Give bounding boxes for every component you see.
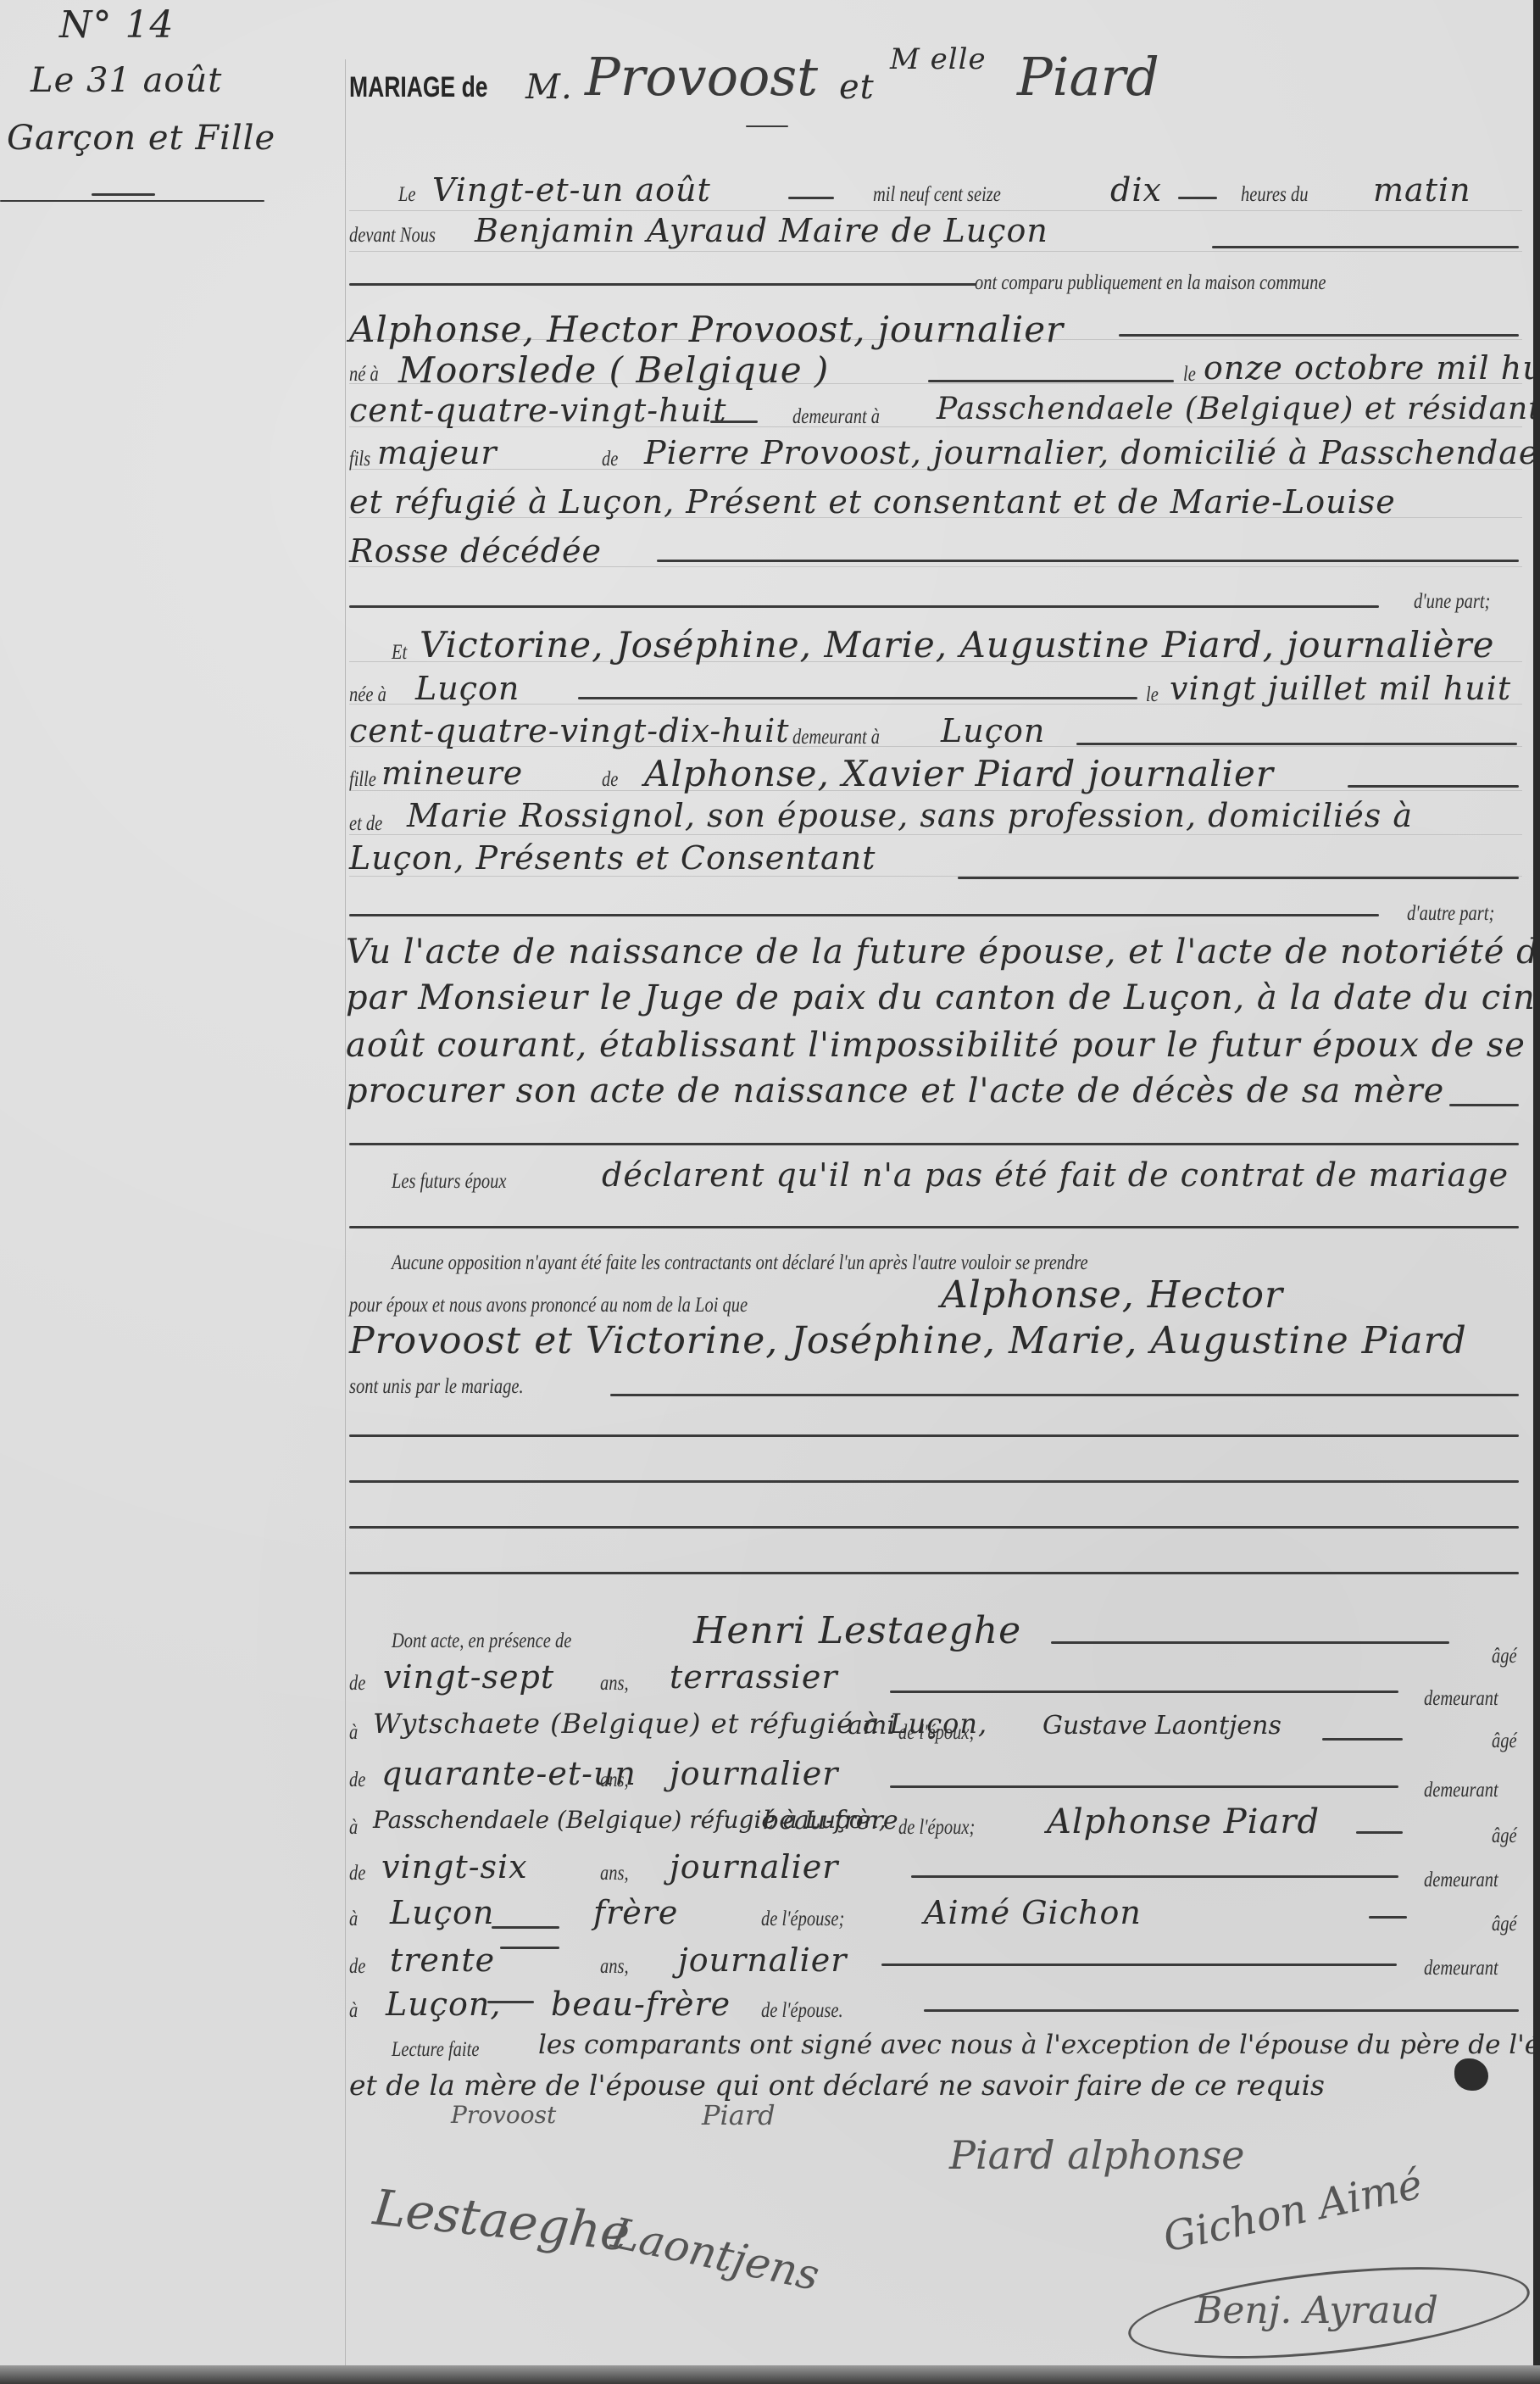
demeurant-label-2: demeurant à [792,726,880,749]
ans-label-w4: ans, [600,1955,629,1979]
witness-3-name: Alphonse Piard [1047,1802,1320,1841]
witness-1-age: vingt-sept [383,1658,554,1696]
age-label-3: âgé [1492,1824,1517,1848]
witness-1-residence: Wytschaete (Belgique) et réfugié à Luçon… [373,1707,987,1740]
demeurant-label-w2: demeurant [1424,1779,1498,1802]
fill-line [911,1875,1398,1878]
fils-label: fils [349,448,370,471]
fill-line [1076,743,1517,745]
a-label-w3: à [349,1908,358,1931]
officer-name: Benjamin Ayraud Maire de Luçon [475,212,1048,249]
fill-line [349,1226,1519,1228]
witness-4-occupation: journalier [678,1941,847,1979]
fill-line [1348,785,1519,788]
fille-label: fille [349,768,376,792]
devant-nous-label: devant Nous [349,224,436,248]
fill-line [1178,197,1217,199]
bride-mother-2: Luçon, Présents et Consentant [349,839,876,877]
documents-line-1: Vu l'acte de naissance de la future épou… [346,933,1540,972]
fill-line [788,197,834,199]
nee-a-label: née à [349,683,386,707]
documents-line-3: août courant, établissant l'impossibilit… [346,1026,1526,1065]
fill-line [958,877,1519,879]
fill-line [1356,1831,1403,1834]
bride-mother: Marie Rossignol, son épouse, sans profes… [407,797,1413,834]
witness-4-residence: Luçon, [386,1986,501,2023]
de-label-w1: de [349,1672,365,1696]
marriage-date: Vingt-et-un août [432,171,711,209]
demeurant-label-w1: demeurant [1424,1687,1498,1711]
year-label: mil neuf cent seize [873,183,1001,207]
fill-line [1119,334,1519,337]
le-label-3: le [1146,683,1159,707]
groom-birthdate-2: cent-quatre-vingt-huit [349,392,726,429]
groom-full-name: Alphonse, Hector Provoost, journalier [349,309,1064,350]
margin-rule [345,59,346,2365]
witness-3-relation: frère [593,1894,678,1931]
age-label-1: âgé [1492,1645,1517,1668]
fill-line [349,1143,1519,1145]
fill-line [610,1394,1519,1396]
de-label-2: de [602,768,618,792]
witness-3-residence: Luçon [390,1894,494,1931]
witness-3-age: vingt-six [381,1848,528,1885]
a-label-w1: à [349,1721,358,1745]
age-label-4: âgé [1492,1913,1517,1936]
signature-lestaeghe: Lestaeghe [370,2178,632,2262]
bride-father: Alphonse, Xavier Piard journalier [644,753,1274,794]
bride-surname: Piard [1017,46,1159,108]
fill-line [349,1572,1519,1574]
comparu-label: ont comparu publiquement en la maison co… [975,271,1326,295]
act-number: N° 14 [59,3,174,47]
bride-full-name: Victorine, Joséphine, Marie, Augustine P… [420,624,1494,666]
fill-line [349,914,1379,916]
documents-line-4: procurer son acte de naissance et l'acte… [346,1072,1444,1111]
age-label-2: âgé [1492,1730,1517,1753]
contract-print: Les futurs époux [392,1170,507,1194]
witness-1-name: Henri Lestaeghe [693,1609,1021,1652]
groom-residence: Passchendaele (Belgique) et résidant à L… [937,392,1540,426]
bride-birthplace: Luçon [415,670,520,707]
fill-line [349,283,976,286]
bride-residence: Luçon [941,712,1045,749]
witness-1-relation: ami [848,1711,895,1741]
signature-laontjens: Laontjens [608,2209,824,2300]
demeurant-label: demeurant à [792,405,880,429]
bride-title: M elle [890,42,987,76]
witness-1-occupation: terrassier [670,1658,838,1696]
pronouncement-print-3: sont unis par le mariage. [349,1375,524,1399]
fill-line [1212,246,1519,248]
pronouncement-print-2: pour époux et nous avons prononcé au nom… [349,1294,748,1317]
witness-2-name: Gustave Laontjens [1042,1711,1281,1741]
ans-label-w1: ans, [600,1672,629,1696]
a-label-w4: à [349,1999,358,2023]
fill-line [349,1480,1519,1483]
fill-line [928,380,1174,382]
ans-label-w3: ans, [600,1862,629,1885]
marriage-hour: dix [1110,171,1162,209]
contract-text: déclarent qu'il n'a pas été fait de cont… [602,1156,1509,1194]
groom-birthplace: Moorslede ( Belgique ) [398,349,829,391]
fill-line [1449,1104,1519,1106]
binding-spine [1533,0,1540,2384]
signature-piard-alphonse: Piard alphonse [949,2132,1245,2178]
fill-line [578,697,1137,699]
witness-2-occupation: journalier [670,1755,838,1792]
fill-line [890,1785,1398,1788]
pronouncement-print-1: Aucune opposition n'ayant été faite les … [392,1251,1088,1275]
fill-line [890,1691,1398,1693]
fill-line [924,2009,1519,2012]
de-label-w4: de [349,1955,365,1979]
witness-3-occupation: journalier [670,1848,838,1885]
fill-line [349,1526,1519,1529]
register-page: N° 14 Le 31 août Garçon et Fille MARIAGE… [0,0,1537,2368]
pronouncement-names-1: Alphonse, Hector [941,1273,1283,1317]
title-prefix: MARIAGE de [349,71,488,104]
title-and: et [839,68,875,107]
witness-4-name: Aimé Gichon [924,1894,1142,1931]
de-label-w2: de [349,1769,365,1792]
groom-father: Pierre Provoost, journalier, domicilié à… [644,434,1540,471]
et-de-label: et de [349,812,382,836]
witness-4-age: trente [390,1941,495,1979]
fill-line [657,560,1519,562]
fill-line [1369,1916,1407,1919]
day-period: matin [1373,171,1471,209]
signature-provoost: Provoost [451,2101,556,2129]
demeurant-label-w3: demeurant [1424,1869,1498,1892]
of-groom-label-2: de l'époux; [898,1816,975,1840]
margin-date: Le 31 août [31,61,222,100]
ans-label-w2: ans, [600,1769,629,1792]
groom-surname: Provoost [585,46,818,108]
of-groom-label-1: de l'époux; [898,1721,975,1745]
lecture-faite-label: Lecture faite [392,2038,479,2062]
groom-father-2: et réfugié à Luçon, Présent et consentan… [349,483,1396,521]
demeurant-label-w4: demeurant [1424,1957,1498,1980]
of-bride-label-1: de l'épouse; [761,1908,844,1931]
margin-status: Garçon et Fille [7,119,275,158]
fill-line [487,2001,534,2003]
ink-blot [1454,2058,1488,2091]
bride-birthdate-1: vingt juillet mil huit [1170,670,1511,707]
fill-line [500,1947,559,1949]
fill-line [1051,1641,1449,1644]
autre-part-label: d'autre part; [1407,902,1494,926]
et-label: Et [392,641,407,665]
title-dash [746,125,788,127]
de-label-w3: de [349,1862,365,1885]
bride-birthdate-2: cent-quatre-vingt-dix-huit [349,712,790,749]
bride-minority: mineure [381,755,523,792]
witness-2-age: quarante-et-un [381,1755,637,1792]
groom-mother: Rosse décédée [349,532,602,570]
dont-acte-label: Dont acte, en présence de [392,1629,571,1653]
fill-line [710,421,758,423]
margin-rule-bottom [0,200,264,202]
groom-title: M. [525,68,573,107]
fill-line [492,1926,559,1929]
groom-majority: majeur [377,434,498,471]
margin-underline [92,193,155,196]
le-label: Le [398,183,416,207]
closing-line-2: et de la mère de l'épouse qui ont déclar… [349,2069,1325,2102]
witness-2-relation: beau-frère [763,1806,898,1835]
fill-line [349,605,1379,608]
fill-line [881,1963,1397,1966]
documents-line-2: par Monsieur le Juge de paix du canton d… [346,978,1540,1017]
fill-line [1322,1738,1403,1741]
ne-a-label: né à [349,363,379,387]
closing-line-1: les comparants ont signé avec nous à l'e… [538,2030,1540,2060]
une-part-label: d'une part; [1414,590,1490,614]
of-bride-label-2: de l'épouse. [761,1999,843,2023]
le-label-2: le [1183,363,1196,387]
a-label-w2: à [349,1816,358,1840]
witness-4-relation: beau-frère [551,1986,731,2023]
fill-line [349,1434,1519,1437]
pronouncement-names-2: Provoost et Victorine, Joséphine, Marie,… [349,1319,1467,1362]
page-bottom-edge [0,2365,1540,2384]
mayor-flourish [1124,2251,1533,2374]
de-label: de [602,448,618,471]
hour-label: heures du [1241,183,1309,207]
groom-birthdate-1: onze octobre mil huit [1204,349,1540,387]
signature-piard: Piard [702,2099,776,2131]
